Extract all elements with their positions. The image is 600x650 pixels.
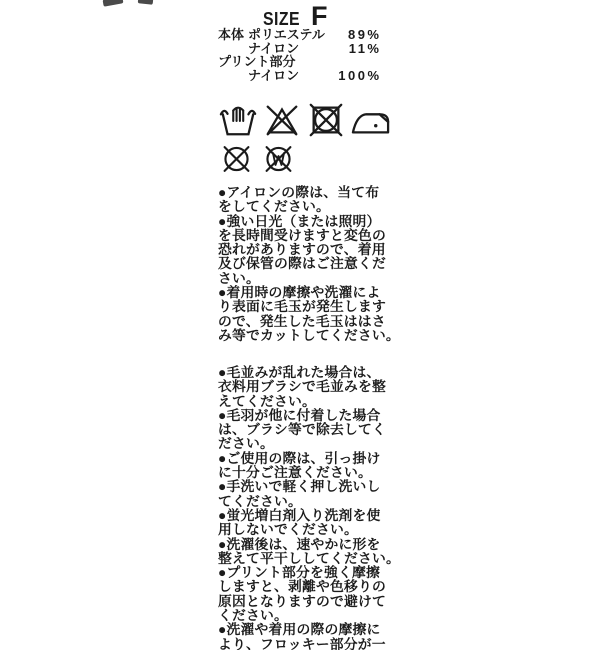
material-percentage: 89% xyxy=(348,28,382,42)
material-percentage: 100% xyxy=(338,69,381,83)
care-note-line: しますと、剥離や色移りの xyxy=(218,580,403,594)
care-note-line: み等でカットしてください。 xyxy=(218,329,403,343)
material-row: プリント部分 xyxy=(218,55,379,69)
care-note-line: 原因となりますので避けて xyxy=(218,595,403,609)
care-note-line: てください。 xyxy=(218,495,403,509)
material-fiber-name: ポリエステル xyxy=(248,28,325,42)
material-part-label: プリント部分 xyxy=(218,55,295,69)
care-note-line: 整えて平干ししてください。 xyxy=(218,552,403,566)
care-note-line: 用しないでください。 xyxy=(218,523,403,537)
material-row: ナイロン 100% xyxy=(218,69,379,83)
cropped-text-artifact xyxy=(103,0,124,7)
material-fiber-name: ナイロン xyxy=(248,69,299,83)
care-note-line: ●強い日光（または照明） xyxy=(218,215,403,229)
care-note-line: ●ご使用の際は、引っ掛け xyxy=(218,452,403,466)
material-row: ナイロン 11% xyxy=(218,42,379,56)
care-symbols-row-1 xyxy=(219,101,391,139)
care-note-line: ●洗濯や着用の際の摩擦に xyxy=(218,623,403,637)
iron-low-heat-icon xyxy=(351,101,391,139)
care-note-line: ので、発生した毛玉ははさ xyxy=(218,315,403,329)
care-symbols-row-2 xyxy=(219,142,296,176)
do-not-bleach-icon xyxy=(263,101,301,139)
care-notes-block-2: ●毛並みが乱れた場合は、衣料用ブラシで毛並みを整えてください。●毛羽が他に付着し… xyxy=(218,366,403,650)
care-note-line: ●洗濯後は、速やかに形を xyxy=(218,538,403,552)
do-not-wring-icon xyxy=(261,142,296,176)
care-notes-block-1: ●アイロンの際は、当て布をしてください。●強い日光（または照明）を長時間受けます… xyxy=(218,186,403,343)
material-composition-table: 本体 ポリエステル 89% ナイロン 11% プリント部分 ナイロン 100% xyxy=(218,28,379,83)
cropped-text-artifact xyxy=(138,0,154,5)
material-part-label: 本体 xyxy=(218,28,244,42)
care-note-line: より、フロッキー部分が一 xyxy=(218,638,403,650)
material-percentage: 11% xyxy=(349,42,382,56)
care-note-line: 及び保管の際はご注意くだ xyxy=(218,257,403,271)
do-not-dry-clean-icon xyxy=(219,142,254,176)
care-note-line: 衣料用ブラシで毛並みを整 xyxy=(218,380,403,394)
care-note-line: ●手洗いで軽く押し洗いし xyxy=(218,480,403,494)
care-note-line: は、ブラシ等で除去してく xyxy=(218,423,403,437)
care-note-line: り表面に毛玉が発生します xyxy=(218,300,403,314)
hand-wash-icon xyxy=(219,101,257,139)
care-note-line: ●アイロンの際は、当て布 xyxy=(218,186,403,200)
care-note-line: をしてください。 xyxy=(218,200,403,214)
do-not-tumble-dry-icon xyxy=(307,101,345,139)
material-fiber-name: ナイロン xyxy=(248,42,299,56)
care-note-line: ださい。 xyxy=(218,437,403,451)
material-row: 本体 ポリエステル 89% xyxy=(218,28,379,42)
care-note-line: ●蛍光増白剤入り洗剤を使 xyxy=(218,509,403,523)
care-note-line: えてください。 xyxy=(218,395,403,409)
care-note-line: さい。 xyxy=(218,272,403,286)
